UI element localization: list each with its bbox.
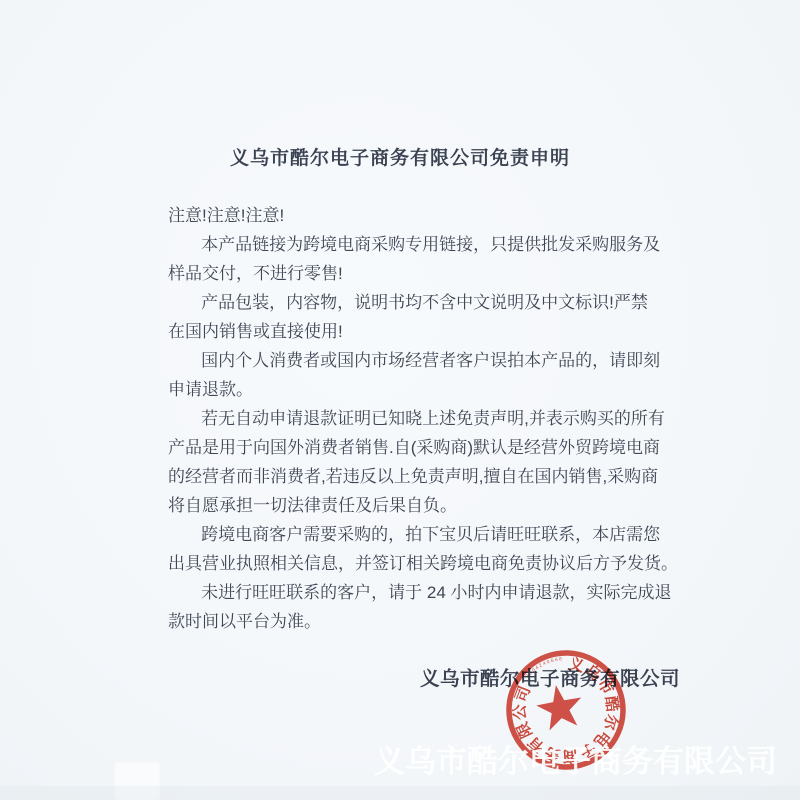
- paragraph: 跨境电商客户需要采购的，拍下宝贝后请旺旺联系，本店需您 出具营业执照相关信息，并…: [168, 520, 682, 578]
- notice-line: 注意!注意!注意!: [168, 201, 682, 230]
- disclaimer-body: 注意!注意!注意! 本产品链接为跨境电商采购专用链接，只提供批发采购服务及 样品…: [168, 201, 682, 636]
- paragraph: 产品包装，内容物，说明书均不含中文说明及中文标识!严禁 在国内销售或直接使用!: [168, 288, 682, 346]
- paragraph: 若无自动申请退款证明已知晓上述免责声明,并表示购买的所有 产品是用于向国外消费者…: [168, 404, 682, 520]
- watermark-text: 义乌市酷尔电子商务有限公司: [374, 736, 777, 781]
- scanned-disclaimer-page: 义乌市酷尔电子商务有限公司免责申明 注意!注意!注意! 本产品链接为跨境电商采购…: [0, 0, 800, 800]
- document-title: 义乌市酷尔电子商务有限公司免责申明: [0, 143, 800, 170]
- paragraph: 国内个人消费者或国内市场经营者客户误拍本产品的，请即刻 申请退款。: [168, 346, 682, 404]
- scan-artifact-band: [0, 786, 800, 800]
- paragraph: 未进行旺旺联系的客户，请于 24 小时内申请退款，实际完成退 款时间以平台为准。: [168, 578, 682, 636]
- seal-star-icon: [533, 681, 585, 732]
- paragraph: 本产品链接为跨境电商采购专用链接，只提供批发采购服务及 样品交付，不进行零售!: [168, 230, 682, 288]
